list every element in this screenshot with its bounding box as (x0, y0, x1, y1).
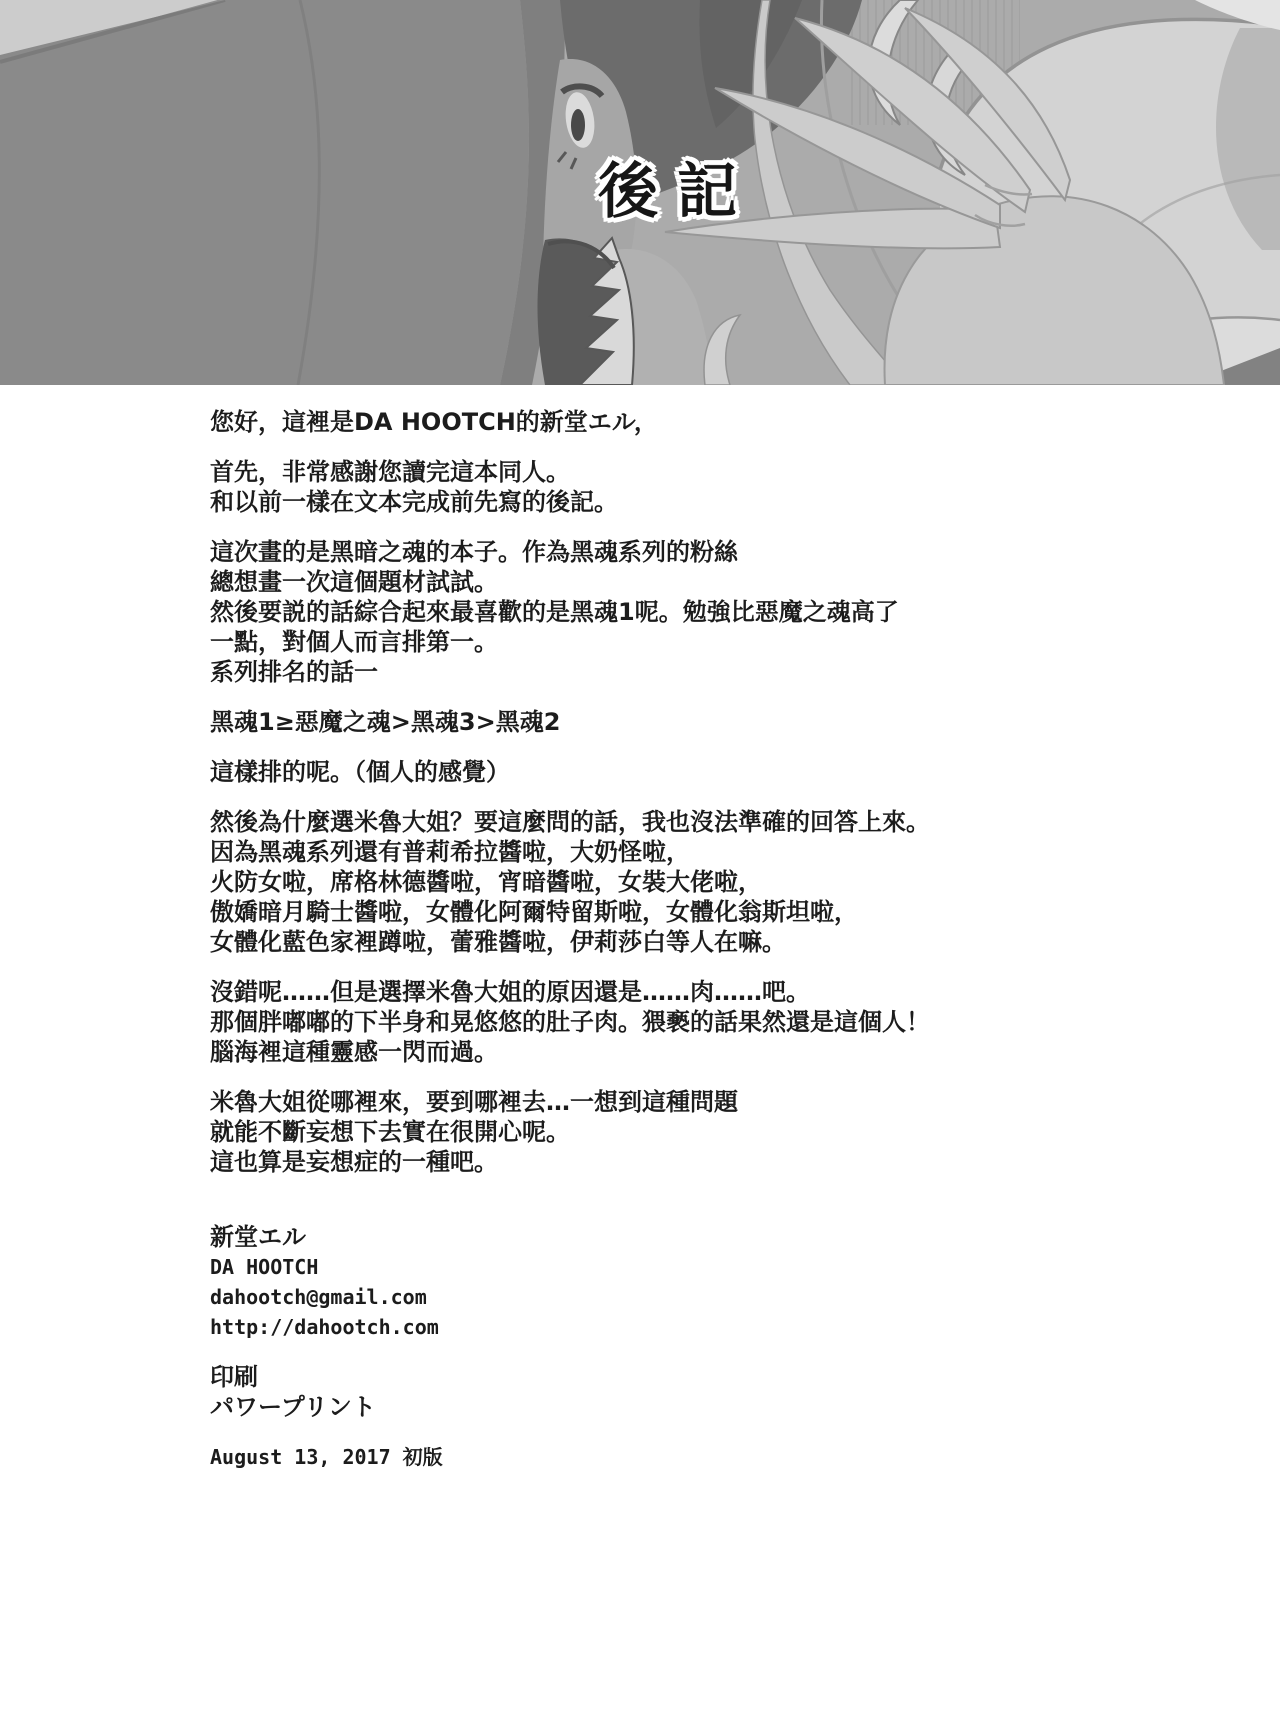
musing-paragraph: 米魯大姐從哪裡來，要到哪裡去…一想到這種問題 就能不斷妄想下去實在很開心呢。 這… (210, 1087, 1130, 1177)
colophon: 新堂エル DA HOOTCH dahootch@gmail.com http:/… (210, 1222, 1130, 1472)
afterword-text: 您好，這裡是DA HOOTCH的新堂エル， 首先，非常感謝您讀完這本同人。 和以… (210, 385, 1130, 1472)
greeting-paragraph: 您好，這裡是DA HOOTCH的新堂エル， (210, 407, 1130, 437)
afterword-title: 後記 (598, 162, 756, 222)
ranking-note-paragraph: 這樣排的呢。（個人的感覺） (210, 757, 1130, 787)
heroine-candidates-paragraph: 然後為什麼選米魯大姐？要這麼問的話，我也沒法準確的回答上來。 因為黑魂系列還有普… (210, 807, 1130, 957)
printing-label: 印刷 (210, 1362, 1130, 1392)
circle-name: DA HOOTCH (210, 1252, 1130, 1282)
edition-date: August 13, 2017 初版 (210, 1442, 1130, 1472)
reason-paragraph: 沒錯呢……但是選擇米魯大姐的原因還是……肉……吧。 那個胖嘟嘟的下半身和晃悠悠的… (210, 977, 1130, 1067)
contact-email: dahootch@gmail.com (210, 1282, 1130, 1312)
website-url: http://dahootch.com (210, 1312, 1130, 1342)
author-name: 新堂エル (210, 1222, 1130, 1252)
printer-name: パワープリント (210, 1392, 1130, 1422)
series-ranking-line: 黑魂1≥惡魔之魂>黑魂3>黑魂2 (210, 707, 1130, 737)
series-talk-paragraph: 這次畫的是黑暗之魂的本子。作為黑魂系列的粉絲 總想畫一次這個題材試試。 然後要説… (210, 537, 1130, 687)
header-illustration: 後記 (0, 0, 1280, 385)
thanks-paragraph: 首先，非常感謝您讀完這本同人。 和以前一樣在文本完成前先寫的後記。 (210, 457, 1130, 517)
afterword-page: 後記 您好，這裡是DA HOOTCH的新堂エル， 首先，非常感謝您讀完這本同人。… (0, 0, 1280, 1735)
